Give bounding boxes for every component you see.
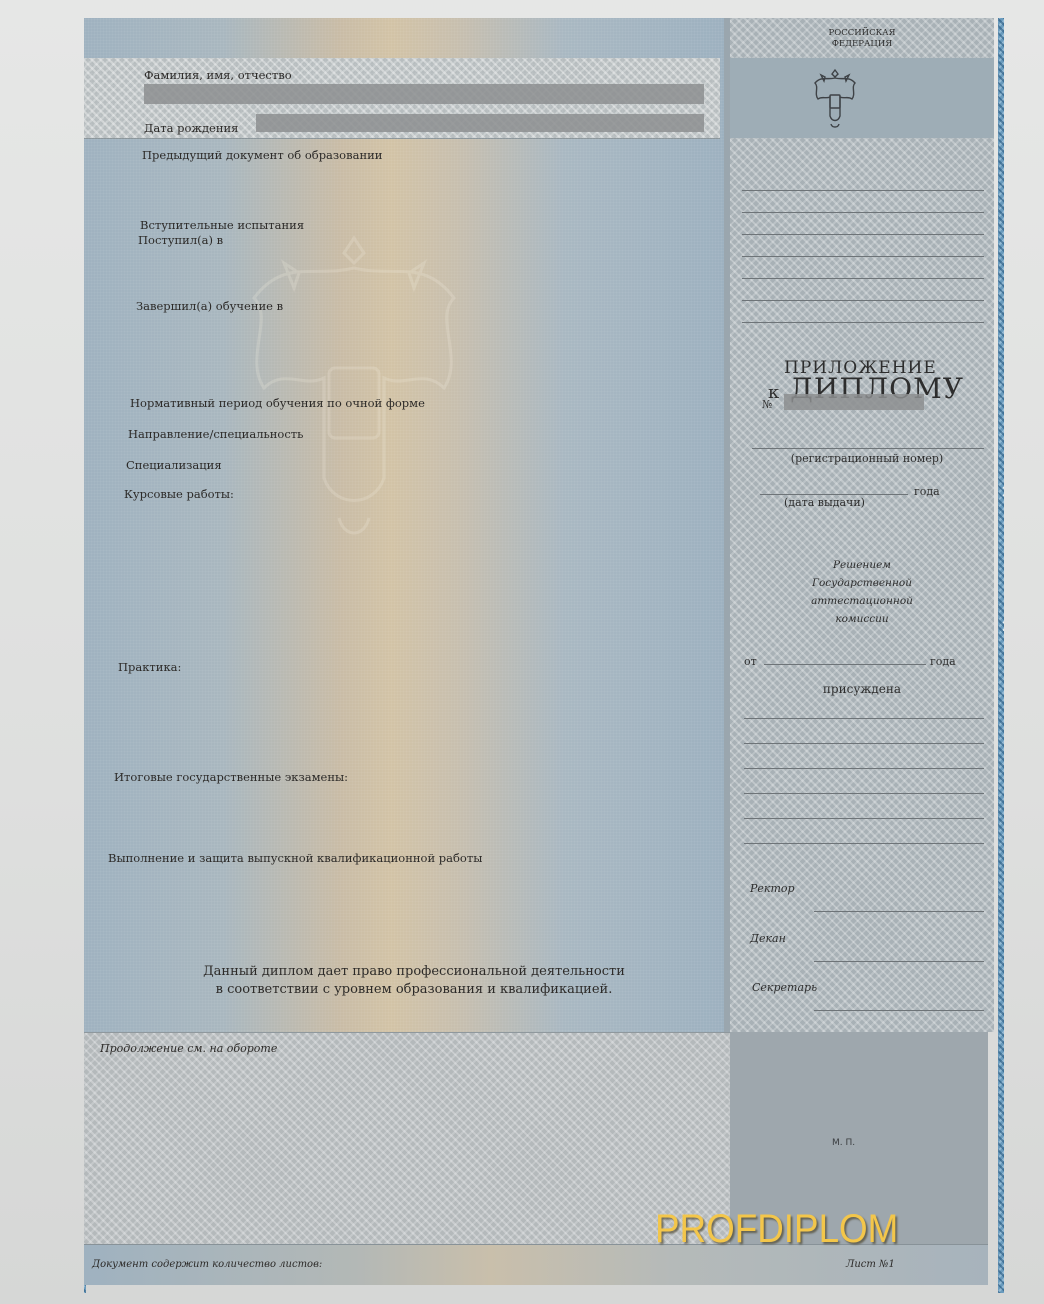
full-name-label: Фамилия, имя, отчество bbox=[144, 68, 292, 82]
coat-of-arms-icon bbox=[812, 68, 858, 130]
signature-rector-label: Ректор bbox=[750, 882, 795, 895]
rule-line bbox=[744, 793, 984, 794]
decision-line-4: комиссии bbox=[730, 610, 994, 628]
field-specialization: Специализация bbox=[126, 458, 222, 472]
signature-dean-line bbox=[814, 961, 984, 962]
commission-date-line bbox=[764, 664, 926, 665]
emblem-panel bbox=[730, 58, 994, 138]
left-security-strip: БЕЗ ДИПЛОМА НЕДЕЙСТВИТЕЛЬНО bbox=[64, 18, 86, 1293]
field-coursework: Курсовые работы: bbox=[124, 487, 234, 501]
country-line-1: РОССИЙСКАЯ bbox=[730, 28, 994, 39]
reg-number-caption: (регистрационный номер) bbox=[752, 452, 982, 465]
birth-date-value-redacted bbox=[256, 114, 704, 132]
field-completed-in: Завершил(а) обучение в bbox=[136, 299, 283, 313]
reg-number-line bbox=[752, 448, 984, 449]
field-enrolled-in: Поступил(а) в bbox=[138, 233, 223, 247]
statement-line-1: Данный диплом дает право профессионально… bbox=[134, 963, 694, 981]
continuation-note: Продолжение см. на обороте bbox=[100, 1042, 277, 1055]
rule-line bbox=[744, 768, 984, 769]
full-name-value-redacted bbox=[144, 84, 704, 104]
field-normative-period: Нормативный период обучения по очной фор… bbox=[130, 396, 425, 410]
year-word-2: года bbox=[930, 655, 956, 668]
brand-watermark: PROFDIPLOM bbox=[655, 1207, 898, 1252]
year-word: года bbox=[914, 485, 940, 498]
statement-line-2: в соответствии с уровнем образования и к… bbox=[134, 981, 694, 999]
issue-date-caption: (дата выдачи) bbox=[784, 496, 865, 509]
birth-date-label: Дата рождения bbox=[144, 121, 238, 135]
field-previous-document: Предыдущий документ об образовании bbox=[142, 148, 382, 162]
coat-of-arms-watermark-icon bbox=[224, 218, 484, 558]
sheet-number-label: Лист №1 bbox=[846, 1259, 895, 1270]
field-thesis-defense: Выполнение и защита выпускной квалификац… bbox=[108, 851, 482, 865]
decision-line-3: аттестационной bbox=[730, 592, 994, 610]
number-prefix: № bbox=[762, 398, 772, 411]
strip-text-right: БЕЗ ДИПЛОМА НЕДЕЙСТВИТЕЛЬНО bbox=[1002, 441, 1016, 794]
signature-secretary-label: Секретарь bbox=[752, 981, 817, 994]
rule-line bbox=[742, 256, 984, 257]
main-content-area: Фамилия, имя, отчество Дата рождения Пре… bbox=[84, 18, 724, 1032]
commission-decision: Решением Государственной аттестационной … bbox=[730, 556, 994, 628]
rule-line bbox=[744, 743, 984, 744]
signature-secretary-line bbox=[814, 1010, 984, 1011]
rule-line bbox=[742, 212, 984, 213]
rule-line bbox=[742, 322, 984, 323]
decision-line-1: Решением bbox=[730, 556, 994, 574]
sheet-count-label: Документ содержит количество листов: bbox=[92, 1259, 322, 1270]
rule-line bbox=[744, 818, 984, 819]
rule-line bbox=[744, 718, 984, 719]
signature-dean-label: Декан bbox=[750, 932, 786, 945]
country-name: РОССИЙСКАЯ ФЕДЕРАЦИЯ bbox=[730, 28, 994, 50]
rule-line bbox=[742, 300, 984, 301]
right-security-strip: БЕЗ ДИПЛОМА НЕДЕЙСТВИТЕЛЬНО bbox=[998, 18, 1020, 1293]
rule-line bbox=[744, 843, 984, 844]
strip-text-left: БЕЗ ДИПЛОМА НЕДЕЙСТВИТЕЛЬНО bbox=[68, 441, 82, 794]
field-practice: Практика: bbox=[118, 660, 181, 674]
field-specialty: Направление/специальность bbox=[128, 427, 303, 441]
decision-line-2: Государственной bbox=[730, 574, 994, 592]
from-word: от bbox=[744, 655, 757, 668]
diploma-supplement-sheet: БЕЗ ДИПЛОМА НЕДЕЙСТВИТЕЛЬНО БЕЗ ДИПЛОМА … bbox=[84, 18, 1004, 1293]
rule-line bbox=[742, 190, 984, 191]
field-state-exams: Итоговые государственные экзамены: bbox=[114, 770, 348, 784]
rule-line bbox=[742, 234, 984, 235]
field-entrance-exams: Вступительные испытания bbox=[140, 218, 304, 232]
number-value-redacted bbox=[784, 394, 924, 410]
rule-line bbox=[742, 278, 984, 279]
stamp-label: М. П. bbox=[832, 1138, 855, 1148]
issue-date-line bbox=[760, 494, 908, 495]
signature-rector-line bbox=[814, 911, 984, 912]
awarded-word: присуждена bbox=[730, 682, 994, 696]
rights-statement: Данный диплом дает право профессионально… bbox=[134, 963, 694, 999]
right-column: РОССИЙСКАЯ ФЕДЕРАЦИЯ ПРИЛОЖЕНИЕ к bbox=[724, 18, 994, 1032]
country-line-2: ФЕДЕРАЦИЯ bbox=[730, 39, 994, 50]
